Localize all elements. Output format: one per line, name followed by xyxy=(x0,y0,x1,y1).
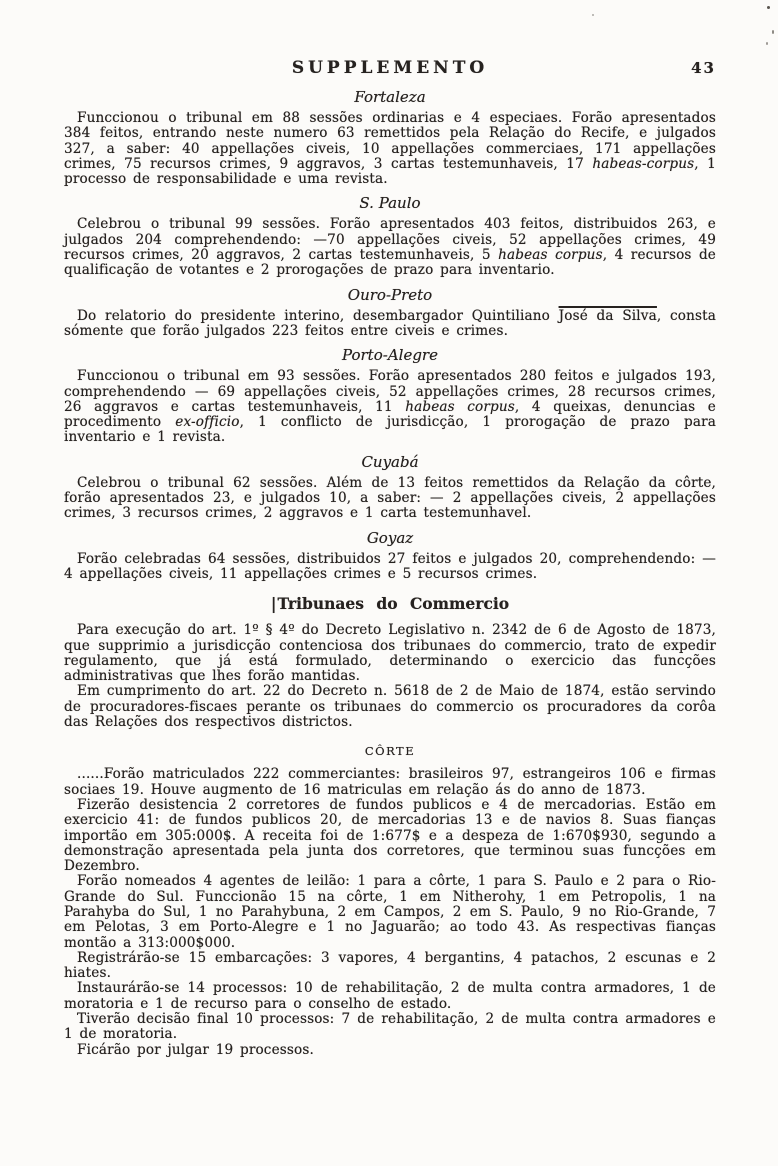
text-run: ......Forão matriculados 222 commerciant… xyxy=(64,766,716,797)
paragraph: Do relatorio do presidente interino, des… xyxy=(64,309,716,340)
scan-artifact xyxy=(767,6,770,9)
scan-artifact xyxy=(766,42,768,45)
text-run: Em cumprimento do art. 22 do Decreto n. … xyxy=(64,683,716,730)
section-tribunaes-do-commercio: |Tribunaes do Commercio Para execução do… xyxy=(64,594,716,730)
paragraph: Funccionou o tribunal em 93 sessões. For… xyxy=(64,369,716,445)
scan-artifact xyxy=(592,14,594,16)
section-heading-s-paulo: S. Paulo xyxy=(64,194,716,212)
text-run: Forão celebradas 64 sessões, distribuido… xyxy=(64,551,716,582)
paragraph: Celebrou o tribunal 99 sessões. Forão ap… xyxy=(64,217,716,278)
section-s-paulo: S. Paulo Celebrou o tribunal 99 sessões.… xyxy=(64,194,716,278)
paragraph: Registrárão-se 15 embarcações: 3 vapores… xyxy=(64,951,716,982)
section-heading-ouro-preto: Ouro-Preto xyxy=(64,286,716,304)
section-heading-corte: CÔRTE xyxy=(64,744,716,758)
section-heading-goyaz: Goyaz xyxy=(64,529,716,547)
paragraph: Funccionou o tribunal em 88 sessões ordi… xyxy=(64,111,716,187)
heading-text: Tribunaes do Commercio xyxy=(278,594,510,613)
section-goyaz: Goyaz Forão celebradas 64 sessões, distr… xyxy=(64,529,716,583)
paragraph: Forão nomeados 4 agentes de leilão: 1 pa… xyxy=(64,874,716,950)
paragraph: Para execução do art. 1º § 4º do Decreto… xyxy=(64,623,716,684)
scanned-page: SUPPLEMENTO 43 Fortaleza Funccionou o tr… xyxy=(0,0,778,1166)
section-corte: CÔRTE ......Forão matriculados 222 comme… xyxy=(64,744,716,1058)
text-run: Ficárão por julgar 19 processos. xyxy=(77,1042,314,1058)
section-ouro-preto: Ouro-Preto Do relatorio do presidente in… xyxy=(64,286,716,340)
scan-artifact xyxy=(772,30,774,34)
section-heading-porto-alegre: Porto-Alegre xyxy=(64,346,716,364)
text-run: Registrárão-se 15 embarcações: 3 vapores… xyxy=(64,950,716,981)
text-run: Celebrou o tribunal 62 sessões. Além de … xyxy=(64,475,716,522)
paragraph: Fizerão desistencia 2 corretores de fund… xyxy=(64,798,716,874)
text-run-overlined: José da Silva xyxy=(559,308,657,324)
section-fortaleza: Fortaleza Funccionou o tribunal em 88 se… xyxy=(64,88,716,187)
paragraph: Ficárão por julgar 19 processos. xyxy=(64,1043,716,1058)
paragraph-mark: | xyxy=(271,594,277,613)
paragraph: Celebrou o tribunal 62 sessões. Além de … xyxy=(64,476,716,522)
page-header: SUPPLEMENTO 43 xyxy=(64,58,716,78)
page-number: 43 xyxy=(676,59,716,77)
page-title: SUPPLEMENTO xyxy=(64,58,676,78)
text-run: Instaurárão-se 14 processos: 10 de rehab… xyxy=(64,980,716,1011)
text-run-italic: habeas-corpus xyxy=(592,156,694,172)
text-run-italic: habeas corpus xyxy=(498,247,603,263)
text-run: Fizerão desistencia 2 corretores de fund… xyxy=(64,797,716,874)
paragraph: Em cumprimento do art. 22 do Decreto n. … xyxy=(64,684,716,730)
paragraph: Forão celebradas 64 sessões, distribuido… xyxy=(64,552,716,583)
section-heading-cuyaba: Cuyabá xyxy=(64,453,716,471)
text-run: Para execução do art. 1º § 4º do Decreto… xyxy=(64,622,716,684)
paragraph: Instaurárão-se 14 processos: 10 de rehab… xyxy=(64,981,716,1012)
text-run: Tiverão decisão final 10 processos: 7 de… xyxy=(64,1011,716,1042)
section-porto-alegre: Porto-Alegre Funccionou o tribunal em 93… xyxy=(64,346,716,445)
paragraph: Tiverão decisão final 10 processos: 7 de… xyxy=(64,1012,716,1043)
text-run-italic: habeas corpus xyxy=(405,399,515,415)
text-run-italic: ex-officio xyxy=(175,414,239,430)
text-run: Do relatorio do presidente interino, des… xyxy=(77,308,559,324)
section-heading-tribunaes-do-commercio: |Tribunaes do Commercio xyxy=(64,594,716,613)
text-run: Forão nomeados 4 agentes de leilão: 1 pa… xyxy=(64,873,716,950)
section-cuyaba: Cuyabá Celebrou o tribunal 62 sessões. A… xyxy=(64,453,716,522)
paragraph: ......Forão matriculados 222 commerciant… xyxy=(64,767,716,798)
section-heading-fortaleza: Fortaleza xyxy=(64,88,716,106)
